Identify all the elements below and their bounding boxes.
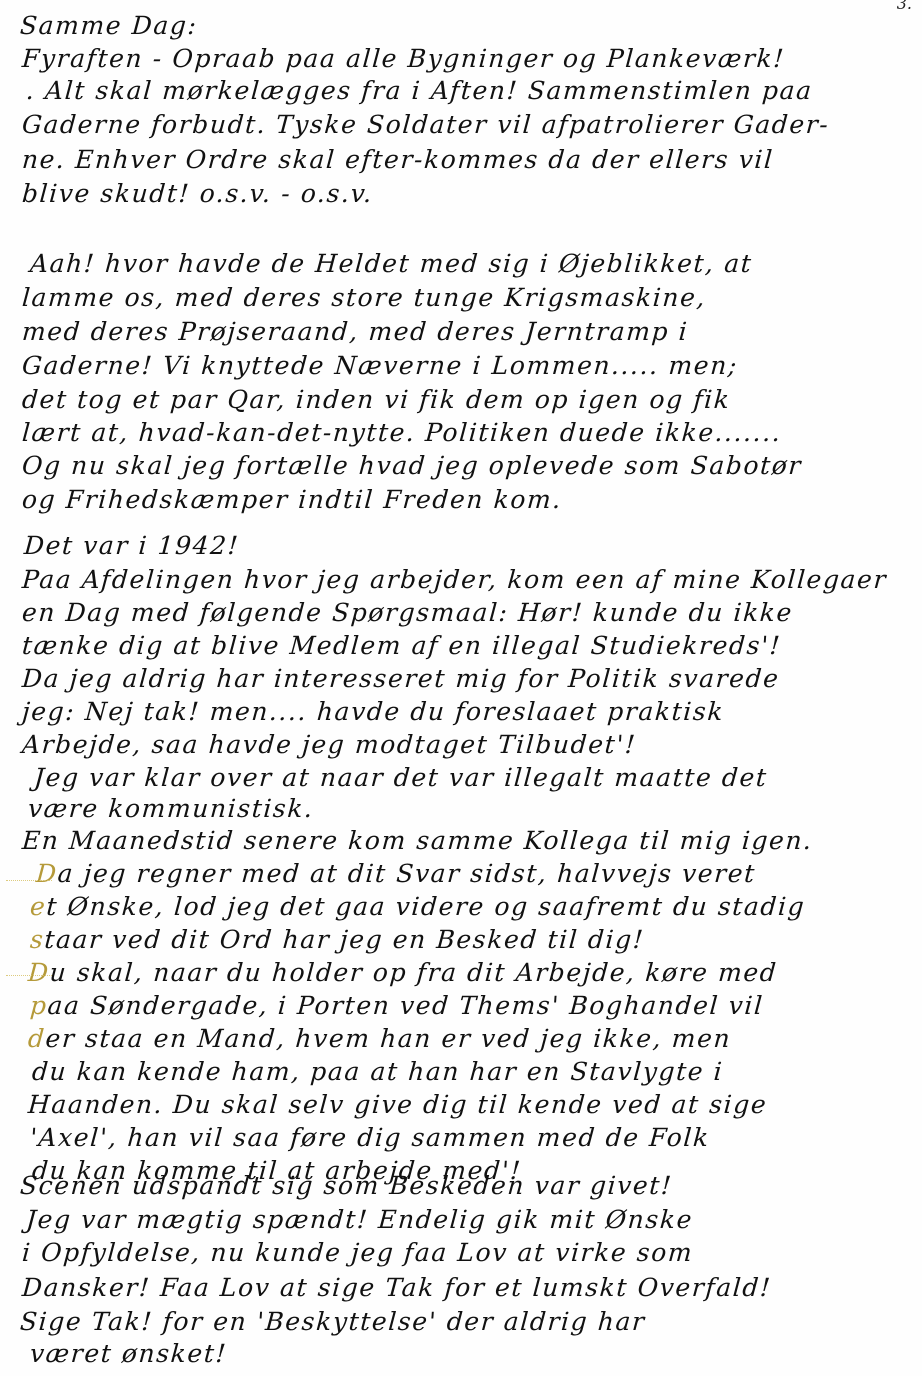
text-line: Da jeg regner med at dit Svar sidst, hal…	[35, 858, 757, 890]
text-line: Gaderne! Vi knyttede Næverne i Lommen...…	[21, 350, 739, 382]
text-line: Arbejde, saa havde jeg modtaget Tilbudet…	[21, 729, 638, 761]
text-line: Gaderne forbudt. Tyske Soldater vil afpa…	[21, 109, 831, 141]
text-line: tænke dig at blive Medlem af en illegal …	[21, 630, 782, 662]
text-line: være kommunistisk.	[27, 793, 315, 825]
text-line: det tog et par Qar, inden vi fik dem op …	[21, 384, 732, 416]
text-line: du kan kende ham, paa at han har en Stav…	[31, 1056, 725, 1088]
text-line: Fyraften - Opraab paa alle Bygninger og …	[21, 43, 786, 75]
text-line: været ønsket!	[29, 1338, 228, 1370]
text-line: Jeg var klar over at naar det var illega…	[33, 762, 769, 794]
text-line: en Dag med følgende Spørgsmaal: Hør! kun…	[21, 597, 794, 629]
page-number: 3.	[897, 0, 912, 13]
manuscript-page: 3. Samme Dag: Fyraften - Opraab paa alle…	[0, 0, 922, 1376]
heading-line: Samme Dag:	[19, 10, 199, 42]
text-line: Sige Tak! for en 'Beskyttelse' der aldri…	[19, 1306, 647, 1338]
text-line: lamme os, med deres store tunge Krigsmas…	[21, 282, 707, 314]
text-line: Paa Afdelingen hvor jeg arbejder, kom ee…	[21, 564, 888, 596]
text-line: og Frihedskæmper indtil Freden kom.	[21, 484, 563, 516]
text-line: Haanden. Du skal selv give dig til kende…	[27, 1089, 769, 1121]
text-line: En Maanedstid senere kom samme Kollega t…	[21, 825, 814, 857]
text-line: paa Søndergade, i Porten ved Thems' Bogh…	[29, 990, 765, 1022]
text-line: blive skudt! o.s.v. - o.s.v.	[21, 178, 374, 210]
text-line: 'Axel', han vil saa føre dig sammen med …	[29, 1122, 711, 1154]
text-line: Du skal, naar du holder op fra dit Arbej…	[27, 957, 779, 989]
text-line: staar ved dit Ord har jeg en Besked til …	[29, 924, 646, 956]
text-line: med deres Prøjseraand, med deres Jerntra…	[21, 316, 690, 348]
text-line: Aah! hvor havde de Heldet med sig i Øjeb…	[29, 248, 754, 280]
text-line: Dansker! Faa Lov at sige Tak for et lums…	[21, 1272, 773, 1304]
text-line: et Ønske, lod jeg det gaa videre og saaf…	[29, 891, 807, 923]
text-line: Og nu skal jeg fortælle hvad jeg opleved…	[21, 450, 803, 482]
faded-ink-mark	[6, 975, 52, 976]
text-line: Da jeg aldrig har interesseret mig for P…	[21, 663, 781, 695]
faded-ink-mark	[6, 880, 52, 881]
text-line: lært at, hvad-kan-det-nytte. Politiken d…	[21, 417, 783, 449]
section-heading: Det var i 1942!	[23, 530, 241, 562]
text-line: jeg: Nej tak! men.... havde du foreslaae…	[21, 696, 725, 728]
text-line: der staa en Mand, hvem han er ved jeg ik…	[27, 1023, 732, 1055]
text-line: Jeg var mægtig spændt! Endelig gik mit Ø…	[25, 1204, 694, 1236]
text-line: ne. Enhver Ordre skal efter-kommes da de…	[21, 144, 775, 176]
text-line: Scenen udspandt sig som Beskeden var giv…	[19, 1170, 674, 1202]
text-line: . Alt skal mørkelægges fra i Aften! Samm…	[25, 75, 814, 107]
text-line: i Opfyldelse, nu kunde jeg faa Lov at vi…	[21, 1237, 694, 1269]
